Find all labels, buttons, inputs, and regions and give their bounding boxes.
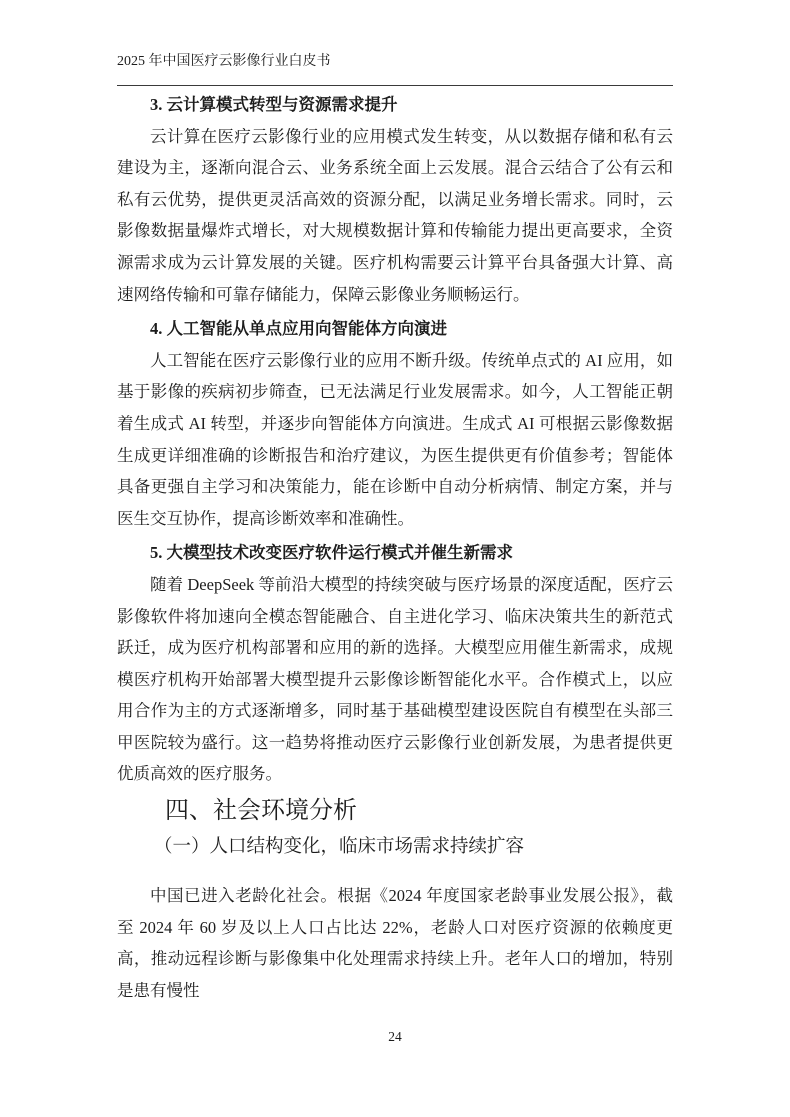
paragraph-ai-evolution: 人工智能在医疗云影像行业的应用不断升级。传统单点式的 AI 应用，如基于影像的疾… xyxy=(117,345,673,535)
document-header: 2025 年中国医疗云影像行业白皮书 xyxy=(117,0,673,86)
paragraph-large-model: 随着 DeepSeek 等前沿大模型的持续突破与医疗场景的深度适配，医疗云影像软… xyxy=(117,569,673,790)
chapter-heading-social-environment: 四、社会环境分析 xyxy=(117,793,673,829)
heading-ai-evolution: 4. 人工智能从单点应用向智能体方向演进 xyxy=(117,313,673,345)
document-body: 3. 云计算模式转型与资源需求提升 云计算在医疗云影像行业的应用模式发生转变，从… xyxy=(117,89,673,1006)
header-title: 2025 年中国医疗云影像行业白皮书 xyxy=(117,54,331,69)
paragraph-cloud-computing: 云计算在医疗云影像行业的应用模式发生转变，从以数据存储和私有云建设为主，逐渐向混… xyxy=(117,121,673,311)
page-number: 24 xyxy=(0,1028,790,1046)
paragraph-aging-society: 中国已进入老龄化社会。根据《2024 年度国家老龄事业发展公报》，截至 2024… xyxy=(117,880,673,1006)
document-page: 2025 年中国医疗云影像行业白皮书 3. 云计算模式转型与资源需求提升 云计算… xyxy=(0,0,790,1117)
heading-cloud-computing: 3. 云计算模式转型与资源需求提升 xyxy=(117,89,673,121)
section-heading-population-structure: （一）人口结构变化，临床市场需求持续扩容 xyxy=(117,832,673,862)
heading-large-model: 5. 大模型技术改变医疗软件运行模式并催生新需求 xyxy=(117,537,673,569)
